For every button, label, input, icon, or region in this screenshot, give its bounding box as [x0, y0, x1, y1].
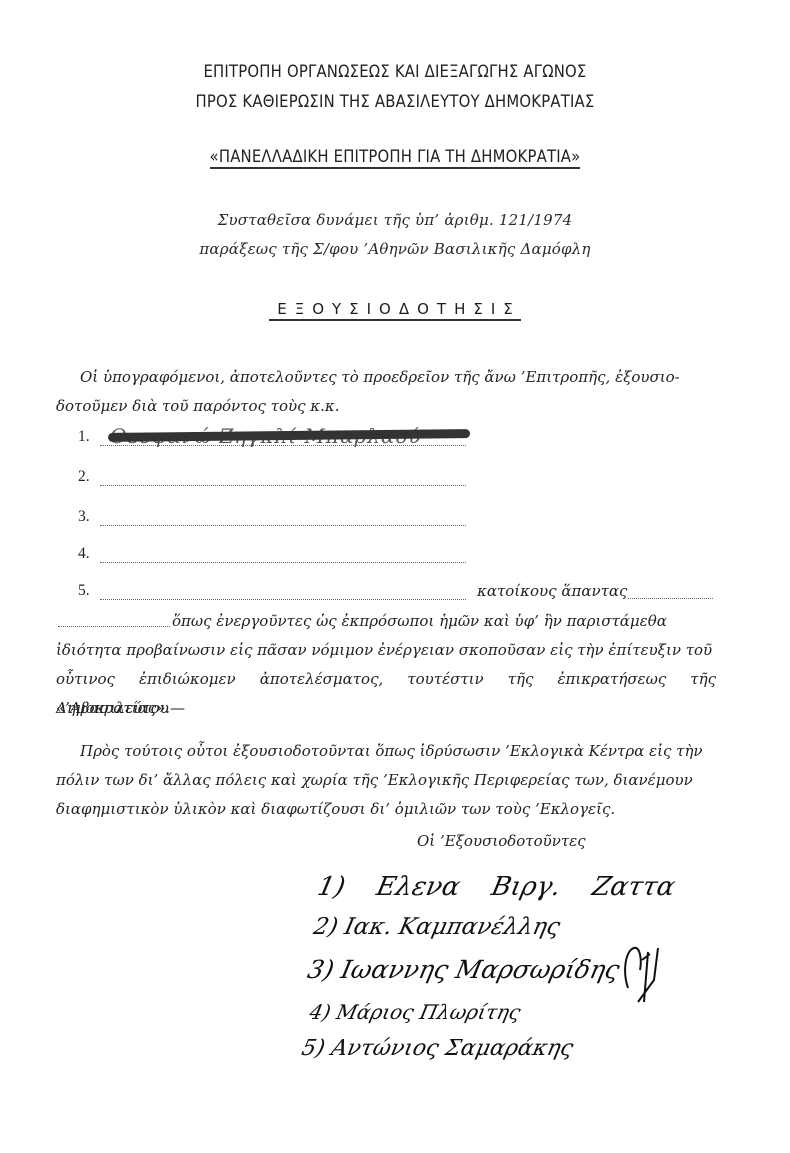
- header-line-1: ΕΠΙΤΡΟΠΗ ΟΡΓΑΝΩΣΕΩΣ ΚΑΙ ΔΙΕΞΑΓΩΓΗΣ ΑΓΩΝΟ…: [0, 62, 790, 81]
- list-item-4[interactable]: 4.: [78, 545, 478, 567]
- list-item-3[interactable]: 3.: [78, 508, 478, 530]
- committee-name: «ΠΑΝΕΛΛΑΔΙΚΗ ΕΠΙΤΡΟΠΗ ΓΙΑ ΤΗ ΔΗΜΟΚΡΑΤΙΑ»: [210, 147, 581, 169]
- document-title-wrap: ΕΞΟΥΣΙΟΔΟΤΗΣΙΣ: [0, 300, 790, 321]
- signature-1: 1) Ελενα Βιργ. Ζαττα: [315, 872, 678, 902]
- dotted-line: [100, 599, 466, 600]
- body1-line-4: Δημοκρατίας».—: [56, 694, 716, 723]
- signature-3: 3) Ιωαννης Μαρσωρίδης: [305, 955, 622, 984]
- dotted-line: [100, 562, 466, 563]
- list-item-number: 5.: [78, 582, 90, 599]
- signature-4: 4) Μάριος Πλωρίτης: [307, 1000, 522, 1024]
- body-dotted-line[interactable]: [58, 626, 170, 627]
- list-item-number: 3.: [78, 508, 90, 525]
- signature-5: 5) Αντώνιος Σαμαράκης: [299, 1036, 575, 1061]
- signatories-label: Οἱ ’Εξουσιοδοτοῦντες: [417, 832, 586, 850]
- intro-line-2: δοτοῦμεν διὰ τοῦ παρόντος τοὺς κ.κ.: [56, 392, 716, 421]
- list-item-number: 2.: [78, 468, 90, 485]
- list-item-2[interactable]: 2.: [78, 468, 478, 490]
- body2-line-2: πόλιν των δι’ ἄλλας πόλεις καὶ χωρία τῆς…: [56, 766, 716, 795]
- body2-line-1: Πρὸς τούτοις οὗτοι ἐξουσιοδοτοῦνται ὅπως…: [56, 737, 716, 766]
- body1-line-2: ἰδιότητα προβαίνωσιν εἰς πᾶσαν νόμιμον ἐ…: [56, 636, 716, 665]
- subheader-line-1: Συσταθεῖσα δυνάμει τῆς ὑπ’ ἀριθμ. 121/19…: [0, 211, 790, 229]
- list-item-number: 1.: [78, 428, 90, 445]
- dotted-line: [100, 525, 466, 526]
- subheader-line-2: παράξεως τῆς Σ/φου ’Αθηνῶν Βασιλικῆς Δαμ…: [0, 240, 790, 258]
- list-item-number: 4.: [78, 545, 90, 562]
- residents-dotted-line[interactable]: [628, 598, 713, 599]
- document-title: ΕΞΟΥΣΙΟΔΟΤΗΣΙΣ: [269, 300, 521, 321]
- header-line-2: ΠΡΟΣ ΚΑΘΙΕΡΩΣΙΝ ΤΗΣ ΑΒΑΣΙΛΕΥΤΟΥ ΔΗΜΟΚΡΑΤ…: [0, 92, 790, 111]
- body1-line-1: ὅπως ἐνεργοῦντες ὡς ἐκπρόσωποι ἡμῶν καὶ …: [172, 607, 716, 636]
- residents-label: κατοίκους ἅπαντας: [477, 582, 627, 600]
- committee-name-wrap: «ΠΑΝΕΛΛΑΔΙΚΗ ΕΠΙΤΡΟΠΗ ΓΙΑ ΤΗ ΔΗΜΟΚΡΑΤΙΑ»: [0, 147, 790, 169]
- body2-line-3: διαφημιστικὸν ὑλικὸν καὶ διαφωτίζουσι δι…: [56, 795, 716, 824]
- dotted-line: [100, 485, 466, 486]
- intro-line-1: Οἱ ὑπογραφόμενοι, ἀποτελοῦντες τὸ προεδρ…: [56, 363, 716, 392]
- initials-mark: [620, 940, 670, 1010]
- signature-2: 2) Ιακ. Καμπανέλλης: [311, 914, 562, 940]
